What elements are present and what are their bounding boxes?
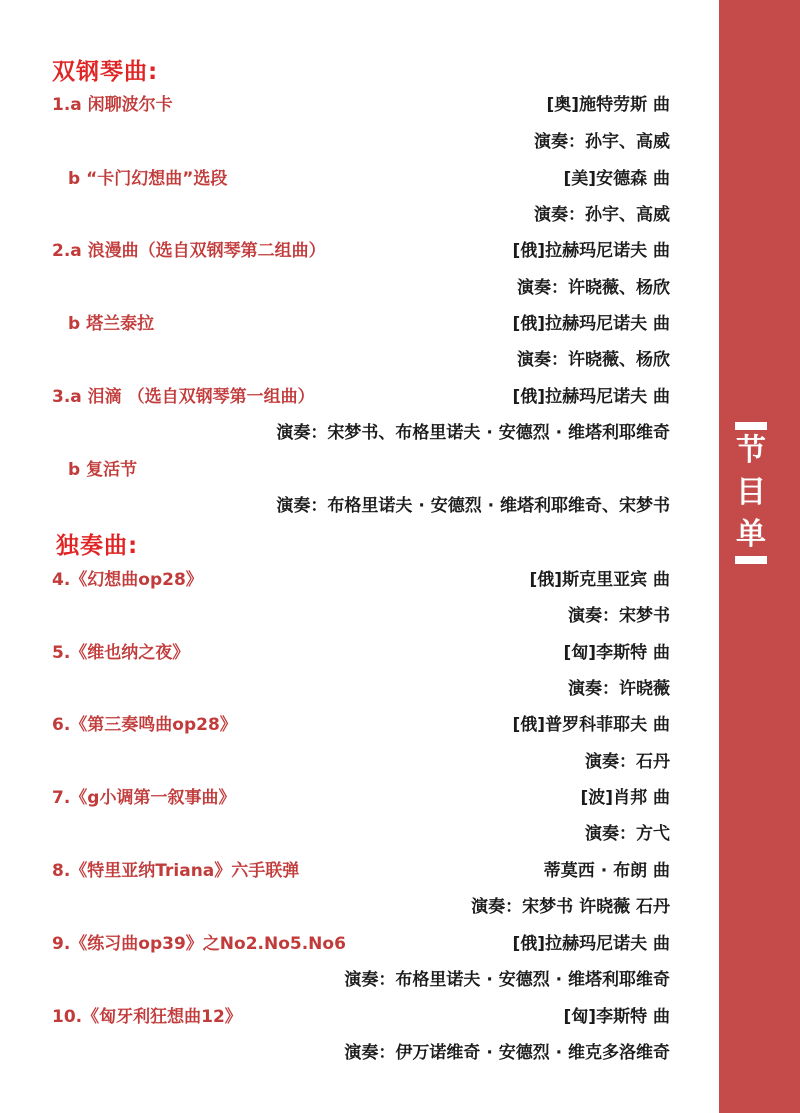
piece-title: 5.《维也纳之夜》 [52, 639, 189, 667]
performers: 演奏：宋梦书 [568, 602, 670, 630]
program-item: 10.《匈牙利狂想曲12》 [匈]李斯特 曲 [0, 1003, 670, 1031]
composer: [美]安德森 曲 [564, 165, 670, 193]
program-item: 6.《第三奏鸣曲op28》 [俄]普罗科菲耶夫 曲 [0, 711, 670, 739]
piece-title: 3.a 泪滴 （选自双钢琴第一组曲） [52, 383, 315, 411]
piece-title: b 塔兰泰拉 [68, 310, 154, 338]
composer: [俄]拉赫玛尼诺夫 曲 [513, 930, 670, 958]
composer: [俄]普罗科菲耶夫 曲 [513, 711, 670, 739]
performers: 演奏：许晓薇、杨欣 [517, 346, 670, 374]
composer: [俄]拉赫玛尼诺夫 曲 [513, 237, 670, 265]
composer: [俄]斯克里亚宾 曲 [530, 566, 670, 594]
program-item: b “卡门幻想曲”选段 [美]安德森 曲 [0, 165, 670, 193]
performers: 演奏：宋梦书、布格里诺夫 · 安德烈 · 维塔利耶维奇 [276, 419, 670, 447]
composer: 蒂莫西 · 布朗 曲 [544, 857, 670, 885]
performers-row: 演奏：许晓薇 [0, 675, 670, 703]
performers-row: 演奏：宋梦书 许晓薇 石丹 [0, 893, 670, 921]
program-item: 7.《g小调第一叙事曲》 [波]肖邦 曲 [0, 784, 670, 812]
program-item: b 塔兰泰拉 [俄]拉赫玛尼诺夫 曲 [0, 310, 670, 338]
program-list: 双钢琴曲: 1.a 闲聊波尔卡 [奥]施特劳斯 曲 演奏：孙宇、高威 b “卡门… [0, 0, 719, 1113]
performers-row: 演奏：孙宇、高威 [0, 128, 670, 156]
piece-title: 8.《特里亚纳Triana》六手联弹 [52, 857, 299, 885]
composer: [俄]拉赫玛尼诺夫 曲 [513, 383, 670, 411]
piece-title: 10.《匈牙利狂想曲12》 [52, 1003, 242, 1031]
performers: 演奏：石丹 [585, 748, 670, 776]
piece-title: b “卡门幻想曲”选段 [68, 165, 227, 193]
program-item: 1.a 闲聊波尔卡 [奥]施特劳斯 曲 [0, 91, 670, 119]
composer: [奥]施特劳斯 曲 [547, 91, 670, 119]
piece-title: 7.《g小调第一叙事曲》 [52, 784, 235, 812]
performers: 演奏：布格里诺夫 · 安德烈 · 维塔利耶维奇、宋梦书 [276, 492, 670, 520]
composer: [波]肖邦 曲 [581, 784, 670, 812]
program-item: 9.《练习曲op39》之No2.No5.No6 [俄]拉赫玛尼诺夫 曲 [0, 930, 670, 958]
piece-title: b 复活节 [68, 456, 137, 484]
sidebar-title-char: 节 [736, 432, 766, 470]
performers: 演奏：宋梦书 许晓薇 石丹 [471, 893, 670, 921]
piece-title: 9.《练习曲op39》之No2.No5.No6 [52, 930, 346, 958]
performers-row: 演奏：许晓薇、杨欣 [0, 274, 670, 302]
performers: 演奏：孙宇、高威 [534, 128, 670, 156]
sidebar-title: 节 目 单 [733, 422, 769, 564]
composer: [匈]李斯特 曲 [564, 1003, 670, 1031]
program-item: 4.《幻想曲op28》 [俄]斯克里亚宾 曲 [0, 566, 670, 594]
piece-title: 1.a 闲聊波尔卡 [52, 91, 173, 119]
performers-row: 演奏：石丹 [0, 748, 670, 776]
sidebar-title-char: 目 [736, 474, 766, 512]
performers: 演奏：许晓薇、杨欣 [517, 274, 670, 302]
program-item: 3.a 泪滴 （选自双钢琴第一组曲） [俄]拉赫玛尼诺夫 曲 [0, 383, 670, 411]
piece-title: 6.《第三奏鸣曲op28》 [52, 711, 237, 739]
sidebar-title-char: 单 [736, 516, 766, 554]
performers: 演奏：许晓薇 [568, 675, 670, 703]
program-item: 2.a 浪漫曲（选自双钢琴第二组曲） [俄]拉赫玛尼诺夫 曲 [0, 237, 670, 265]
bottom-bar-decoration [735, 556, 767, 564]
performers: 演奏：布格里诺夫 · 安德烈 · 维塔利耶维奇 [344, 966, 670, 994]
performers-row: 演奏：许晓薇、杨欣 [0, 346, 670, 374]
performers-row: 演奏：宋梦书、布格里诺夫 · 安德烈 · 维塔利耶维奇 [0, 419, 670, 447]
performers-row: 演奏：布格里诺夫 · 安德烈 · 维塔利耶维奇、宋梦书 [0, 492, 670, 520]
piece-title: 2.a 浪漫曲（选自双钢琴第二组曲） [52, 237, 326, 265]
section-heading-solo: 独奏曲: [56, 532, 138, 560]
program-item: 5.《维也纳之夜》 [匈]李斯特 曲 [0, 639, 670, 667]
program-item: 8.《特里亚纳Triana》六手联弹 蒂莫西 · 布朗 曲 [0, 857, 670, 885]
performers-row: 演奏：孙宇、高威 [0, 201, 670, 229]
performers-row: 演奏：布格里诺夫 · 安德烈 · 维塔利耶维奇 [0, 966, 670, 994]
top-bar-decoration [735, 422, 767, 430]
program-item: b 复活节 [0, 456, 670, 484]
performers: 演奏：方弋 [585, 820, 670, 848]
composer: [俄]拉赫玛尼诺夫 曲 [513, 310, 670, 338]
performers-row: 演奏：伊万诺维奇 · 安德烈 · 维克多洛维奇 [0, 1039, 670, 1067]
piece-title: 4.《幻想曲op28》 [52, 566, 203, 594]
composer: [匈]李斯特 曲 [564, 639, 670, 667]
performers-row: 演奏：宋梦书 [0, 602, 670, 630]
performers: 演奏：孙宇、高威 [534, 201, 670, 229]
performers-row: 演奏：方弋 [0, 820, 670, 848]
performers: 演奏：伊万诺维奇 · 安德烈 · 维克多洛维奇 [344, 1039, 670, 1067]
section-heading-duo-piano: 双钢琴曲: [52, 58, 158, 86]
